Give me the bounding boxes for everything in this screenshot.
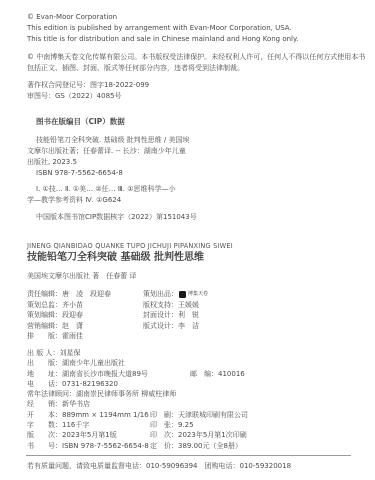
phone: 电 话：0731-82196320 xyxy=(27,379,118,389)
publisher: 出 版：湖南少年儿童出版社 xyxy=(27,358,125,368)
word-count: 字 数：116千字 xyxy=(27,420,150,430)
printer: 印 刷：天津联城印刷有限公司 xyxy=(150,410,248,420)
bojitianjuan-logo-icon xyxy=(179,291,186,298)
pub-row: 经 销：新华书店 xyxy=(27,399,357,409)
printing: 印 次：2023年5月第1次印刷 xyxy=(150,430,247,440)
sheet-count: 印 张：9.25 xyxy=(150,420,194,430)
credits-right-column: 策划出品： 博集天卷 版权支持：王媛媛 封面设计：利 锐 版式设计：李 洁 xyxy=(143,289,208,331)
publisher-person: 出 版 人：刘星保 xyxy=(27,348,80,358)
address: 地 址：湖南省长沙市晚报大道89号 xyxy=(27,369,190,379)
credit-row: 策划编辑：段迎春 xyxy=(27,310,111,321)
cip-line: 文摩尔出版社著；任春蕾译. -- 长沙：湖南少年儿童 xyxy=(27,146,357,157)
book-title: 技能铅笔刀全科突破 基础级 批判性思维 xyxy=(27,251,357,265)
cip-class-line: 学—教学参考资料 Ⅳ. ①G624 xyxy=(27,195,357,206)
pub-row: 版 次：2023年5月第1版 印 次：2023年5月第1次印刷 xyxy=(27,430,357,440)
map-approval-number: 审图号：GS（2022）4085号 xyxy=(27,91,357,102)
pub-row: 出 版：湖南少年儿童出版社 xyxy=(27,358,357,368)
legal-counsel: 常年法律顾问：湖南崇民律师事务所 柳威柱律师 xyxy=(27,389,176,399)
pub-row: 开 本：889mm × 1194mm 1/16 印 刷：天津联城印刷有限公司 xyxy=(27,410,357,420)
credit-row: 封面设计：利 锐 xyxy=(143,310,208,321)
credit-row: 版权支持：王媛媛 xyxy=(143,300,208,311)
distributor: 经 销：新华书店 xyxy=(27,399,90,409)
credit-label: 策划出品： xyxy=(143,289,178,300)
pub-row: 书 号：ISBN 978-7-5562-6654-8 定 价：389.00元（全… xyxy=(27,441,357,451)
copyright-line: This title is for distribution and sale … xyxy=(27,34,357,45)
pub-row: 字 数：116千字 印 张：9.25 xyxy=(27,420,357,430)
cip-description: 技能铅笔刀全科突破. 基础级 批判性思维 / 美国埃 文摩尔出版社著；任春蕾译.… xyxy=(27,135,357,179)
pub-row: 电 话：0731-82196320 xyxy=(27,379,357,389)
pinyin-title: JINENG QIANBIDAO QUANKE TUPO JICHUJI PIP… xyxy=(27,241,357,251)
copyright-line: 包括正文、插图、封面、版式等任何部分内容，违者将受到法律制裁。 xyxy=(27,63,357,74)
credit-row: 营销编辑：赵 潇 xyxy=(27,321,111,332)
cip-record-number: 中国版本图书馆CIP数据核字（2022）第151043号 xyxy=(27,212,357,223)
title-block: JINENG QIANBIDAO QUANKE TUPO JICHUJI PIP… xyxy=(27,241,357,265)
credit-row: 版式设计：李 洁 xyxy=(143,321,208,332)
quality-hotline: 若有质量问题，请致电质量监督电话：010-59096394 团购电话：010-5… xyxy=(27,461,357,472)
book-number: 书 号：ISBN 978-7-5562-6654-8 xyxy=(27,441,150,451)
cip-line: 技能铅笔刀全科突破. 基础级 批判性思维 / 美国埃 xyxy=(27,135,357,146)
cip-classification: Ⅰ. ①技… Ⅱ. ①美… ②任… Ⅲ. ①思维科学—小 学—教学参考资料 Ⅳ.… xyxy=(27,184,357,206)
credit-row: 排 版：霍雨佳 xyxy=(27,331,111,342)
author-translator-line: 美国埃文摩尔出版社 著 任春蕾 译 xyxy=(27,271,357,282)
chinese-copyright-block: © 中南博集天卷文化传媒有限公司。本书版权受法律保护。未经权利人许可，任何人不得… xyxy=(27,52,357,74)
contract-registration-number: 著作权合同登记号：图字18-2022-099 xyxy=(27,80,357,91)
credit-row: 责任编辑：唐 凌 段迎春 xyxy=(27,289,111,300)
postal-code: 邮 编：410016 xyxy=(190,369,245,379)
isbn-line: ISBN 978-7-5562-6654-8 xyxy=(27,168,357,179)
pub-row: 地 址：湖南省长沙市晚报大道89号 邮 编：410016 xyxy=(27,369,357,379)
cip-class-line: Ⅰ. ①技… Ⅱ. ①美… ②任… Ⅲ. ①思维科学—小 xyxy=(27,184,357,195)
brand-name: 博集天卷 xyxy=(188,289,208,300)
credits-left-column: 责任编辑：唐 凌 段迎春 策划总监：齐小苗 策划编辑：段迎春 营销编辑：赵 潇 … xyxy=(27,289,111,342)
pub-row: 常年法律顾问：湖南崇民律师事务所 柳威柱律师 xyxy=(27,389,357,399)
pub-row: 出 版 人：刘星保 xyxy=(27,348,357,358)
copyright-line: © 中南博集天卷文化传媒有限公司。本书版权受法律保护。未经权利人许可，任何人不得… xyxy=(27,52,357,63)
price: 定 价：389.00元（全8册） xyxy=(150,441,242,451)
copyright-line: This edition is published by arrangement… xyxy=(27,23,357,34)
cip-line: 出版社, 2023.5 xyxy=(27,157,357,168)
credit-row-brand: 策划出品： 博集天卷 xyxy=(143,289,208,300)
credit-row: 策划总监：齐小苗 xyxy=(27,300,111,311)
credits-section: 责任编辑：唐 凌 段迎春 策划总监：齐小苗 策划编辑：段迎春 营销编辑：赵 潇 … xyxy=(27,289,357,345)
registration-block: 著作权合同登记号：图字18-2022-099 审图号：GS（2022）4085号 xyxy=(27,80,357,102)
cip-heading: 图书在版编目（CIP）数据 xyxy=(27,116,357,127)
publication-info: 出 版 人：刘星保 出 版：湖南少年儿童出版社 地 址：湖南省长沙市晚报大道89… xyxy=(27,348,357,451)
copyright-line: © Evan-Moor Corporation xyxy=(27,12,357,23)
copyright-page: © Evan-Moor Corporation This edition is … xyxy=(0,0,375,480)
format: 开 本：889mm × 1194mm 1/16 xyxy=(27,410,150,420)
divider xyxy=(26,455,351,456)
edition: 版 次：2023年5月第1版 xyxy=(27,430,150,440)
english-copyright-block: © Evan-Moor Corporation This edition is … xyxy=(27,12,357,45)
